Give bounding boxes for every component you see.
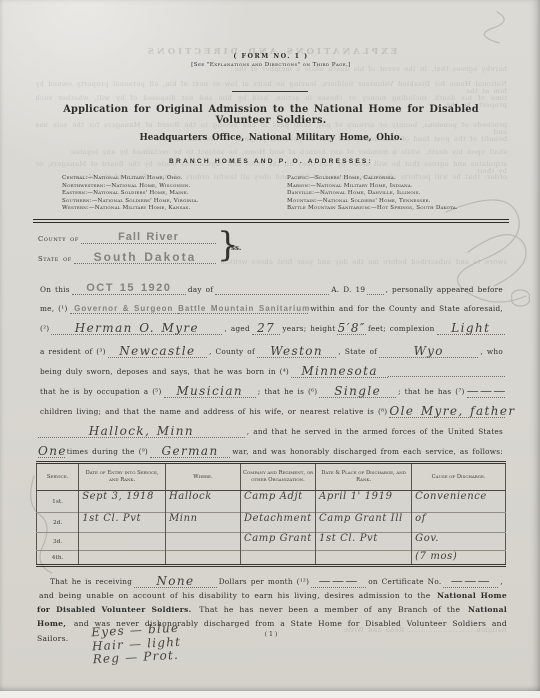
printed-text: years; height	[280, 324, 337, 334]
handwritten-entry: ———	[311, 576, 366, 588]
rubber-stamp-text: OCT 15 1920	[72, 283, 186, 295]
branch-homes-heading: BRANCH HOMES AND P. O. ADDRESSES:	[35, 158, 507, 165]
branch-home-entry: Central:—National Military Home, Ohio.	[62, 175, 199, 183]
handwritten-cell: Camp Grant Ill	[316, 513, 412, 533]
printed-text: , aged	[222, 324, 251, 334]
occupation-line: that he is by occupation a (⁵)Musician; …	[38, 381, 505, 397]
printed-text: , and that he served in the armed forces…	[245, 427, 505, 437]
handwritten-entry: German	[150, 446, 230, 458]
rubber-stamp-text: Fall River	[81, 232, 216, 244]
service-record-table: Service.Date of Entry into Service, and …	[36, 461, 506, 567]
double-rule	[33, 219, 509, 223]
printed-text: That he has never been a member of any B…	[192, 605, 468, 615]
handwritten-entry: Musician	[164, 386, 256, 398]
handwritten-cell: April 1' 1919	[316, 491, 412, 513]
row-label: 1st.	[37, 491, 79, 513]
handwritten-entry: Herman O. Myre	[51, 323, 222, 335]
handwritten-cell	[165, 533, 240, 551]
printed-text: within and for the County and State afor…	[308, 304, 505, 314]
header-row: Service.Date of Entry into Service, and …	[37, 463, 506, 491]
handwritten-cell: Sept 3, 1918	[79, 491, 166, 513]
printed-text: day of	[186, 285, 215, 295]
blank-line	[215, 294, 329, 295]
branch-home-entry: Eastern:—National Soldiers' Home, Maine.	[62, 190, 199, 198]
printed-text: that he is by occupation a (⁵)	[38, 387, 164, 397]
handwritten-entry: Wyo	[379, 346, 478, 358]
blank-line	[388, 376, 505, 377]
page-number: ( 1 )	[35, 631, 507, 638]
handwritten-cell	[79, 551, 166, 566]
printed-text: a resident of (³)	[38, 347, 108, 357]
ornamental-divider	[232, 91, 308, 92]
column-header: Service.	[37, 463, 79, 491]
service-row: 4th.(7 mos)	[37, 551, 506, 566]
branch-home-entry: Danville:—National Home, Danville, Illin…	[287, 190, 458, 198]
branch-home-entry: Pacific:—Soldiers' Home, California.	[287, 175, 458, 183]
residence-line: a resident of (³)Newcastle, County ofWes…	[38, 341, 505, 357]
handwritten-cell	[240, 551, 315, 566]
handwritten-cell: Minn	[165, 513, 240, 533]
printed-text: children living; and that the name and a…	[38, 407, 389, 417]
table-header-row: Service.Date of Entry into Service, and …	[37, 463, 506, 491]
handwritten-entry: Light	[437, 323, 505, 335]
ss-label: ss.	[231, 243, 241, 252]
handwritten-cell: Hallock	[165, 491, 240, 513]
scan-background	[0, 691, 540, 698]
clerk-notes: Eyes — blueHair — lightReg — Prot.	[91, 622, 182, 667]
column-header: Where.	[165, 463, 240, 491]
printed-text: feet; complexion	[366, 324, 437, 334]
officer-line: me, (¹)Governor & SurgeonBattle Mountain…	[38, 301, 505, 314]
printed-text: (²)	[38, 324, 51, 334]
blank-line	[367, 294, 383, 295]
branch-home-entry: Southern:—National Soldiers' Home, Virgi…	[62, 198, 199, 206]
handwritten-entry: Single	[319, 386, 396, 398]
row-label: 3d.	[37, 533, 79, 551]
document-scan: EXPLANATIONS AND DIRECTIONShereby agrees…	[0, 0, 540, 698]
date-line: On thisOCT 15 1920day ofA. D. 19, person…	[38, 280, 505, 295]
form-number: ( FORM NO. 1 )	[35, 53, 507, 60]
handwritten-cell: Camp Grant	[240, 533, 315, 551]
see-explanations-note: [See "Explanations and Directions" on Th…	[35, 62, 507, 68]
branch-home-entry: Mountain:—National Soldiers' Home, Tenne…	[287, 198, 458, 206]
printed-text: on Certificate No.	[366, 577, 443, 587]
printed-text: Dollars per month (¹²)	[217, 577, 312, 587]
state-field: State ofSouth Dakota	[38, 251, 216, 264]
column-header: Cause of Discharge.	[412, 463, 506, 491]
handwritten-entry: One	[38, 446, 65, 458]
rubber-stamp-text: Battle Mountain Sanitarium	[178, 304, 308, 314]
rubber-stamp-text: South Dakota	[74, 251, 216, 264]
birthplace-line: being duly sworn, deposes and says, that…	[38, 361, 505, 377]
county-field: County ofFall River	[38, 232, 216, 244]
handwritten-cell: 1st Cl. Pvt	[316, 533, 412, 551]
handwritten-entry: Weston	[257, 346, 337, 358]
printed-text: ; that he has (⁷)	[396, 387, 467, 397]
handwritten-cell: 1st Cl. Pvt	[79, 513, 166, 533]
printed-text: and being unable on account of his disab…	[37, 591, 437, 601]
printed-text: , County of	[207, 347, 257, 357]
printed-text: State of	[38, 255, 74, 264]
branch-home-entry: Battle Mountain Sanitarium:—Hot Springs,…	[287, 205, 458, 213]
handwritten-cell: Gov.	[412, 533, 506, 551]
handwritten-cell	[79, 533, 166, 551]
printed-text: A. D. 19	[329, 285, 367, 295]
relative-name-line: children living; and that the name and a…	[38, 401, 505, 417]
printed-text: war, and was honorably discharged from e…	[230, 447, 505, 457]
printed-text: County of	[38, 235, 81, 244]
printed-text: ,	[498, 577, 505, 587]
printed-text: times during the (⁹)	[65, 447, 150, 457]
printed-text: On this	[38, 285, 72, 295]
printed-text: ; that he is (⁶)	[256, 387, 320, 397]
handwritten-entry: Ole Myre, father	[389, 406, 505, 418]
handwritten-entry: Newcastle	[108, 346, 207, 358]
handwritten-cell: of	[412, 513, 506, 533]
handwritten-entry: Minnesota	[291, 366, 388, 378]
branch-home-entry: Northwestern:—National Home, Wisconsin.	[62, 183, 199, 191]
handwritten-cell	[316, 551, 412, 566]
handwritten-cell	[165, 551, 240, 566]
relative-address-line: Hallock, Minn, and that he served in the…	[38, 421, 505, 437]
handwritten-cell: Detachment	[240, 513, 315, 533]
printed-text: , who	[478, 347, 505, 357]
handwritten-entry: 5′8″	[337, 323, 366, 335]
service-row: 2d.1st Cl. PvtMinnDetachmentCamp Grant I…	[37, 513, 506, 533]
printed-text: me, (¹)	[38, 304, 70, 314]
handwritten-entry: 27	[252, 323, 281, 335]
handwritten-entry: ———	[443, 576, 498, 588]
branch-list-left: Central:—National Military Home, Ohio.No…	[62, 175, 199, 213]
printed-text: That he is receiving	[48, 577, 134, 587]
branch-list-right: Pacific:—Soldiers' Home, California.Mari…	[287, 175, 458, 213]
service-row: 3d.Camp Grant1st Cl. PvtGov.	[37, 533, 506, 551]
handwritten-cell: Convenience	[412, 491, 506, 513]
column-header: Company and Regiment, or other Organizat…	[240, 463, 315, 491]
table-body: 1st.Sept 3, 1918HallockCamp AdjtApril 1'…	[37, 491, 506, 566]
column-header: Date & Place of Discharge, and Rank.	[316, 463, 412, 491]
handwritten-entry: Hallock, Minn	[38, 426, 245, 438]
row-label: 4th.	[37, 551, 79, 566]
handwritten-cell: (7 mos)	[412, 551, 506, 566]
headquarters-line: Headquarters Office, National Military H…	[35, 133, 507, 143]
handwritten-entry: ———	[467, 386, 505, 398]
applicant-name-line: (²)Herman O. Myre, aged27years; height5′…	[38, 317, 505, 334]
rubber-stamp-text: Governor & Surgeon	[70, 304, 179, 314]
printed-text: , personally appeared before	[384, 285, 505, 295]
handwritten-cell: Camp Adjt	[240, 491, 315, 513]
handwritten-entry: None	[134, 576, 217, 588]
column-header: Date of Entry into Service, and Rank.	[79, 463, 166, 491]
printed-text: being duly sworn, deposes and says, that…	[38, 367, 291, 377]
pension-line: That he is receivingNoneDollars per mont…	[48, 573, 505, 587]
form-title: Application for Original Admission to th…	[35, 104, 507, 126]
branch-home-entry: Marion:—National Military Home, Indiana.	[287, 183, 458, 191]
row-label: 2d.	[37, 513, 79, 533]
branch-home-entry: Western:—National Military Home, Kansas.	[62, 205, 199, 213]
service-row: 1st.Sept 3, 1918HallockCamp AdjtApril 1'…	[37, 491, 506, 513]
printed-text: , State of	[336, 347, 379, 357]
war-service-line: Onetimes during the (⁹)Germanwar, and wa…	[38, 441, 505, 457]
